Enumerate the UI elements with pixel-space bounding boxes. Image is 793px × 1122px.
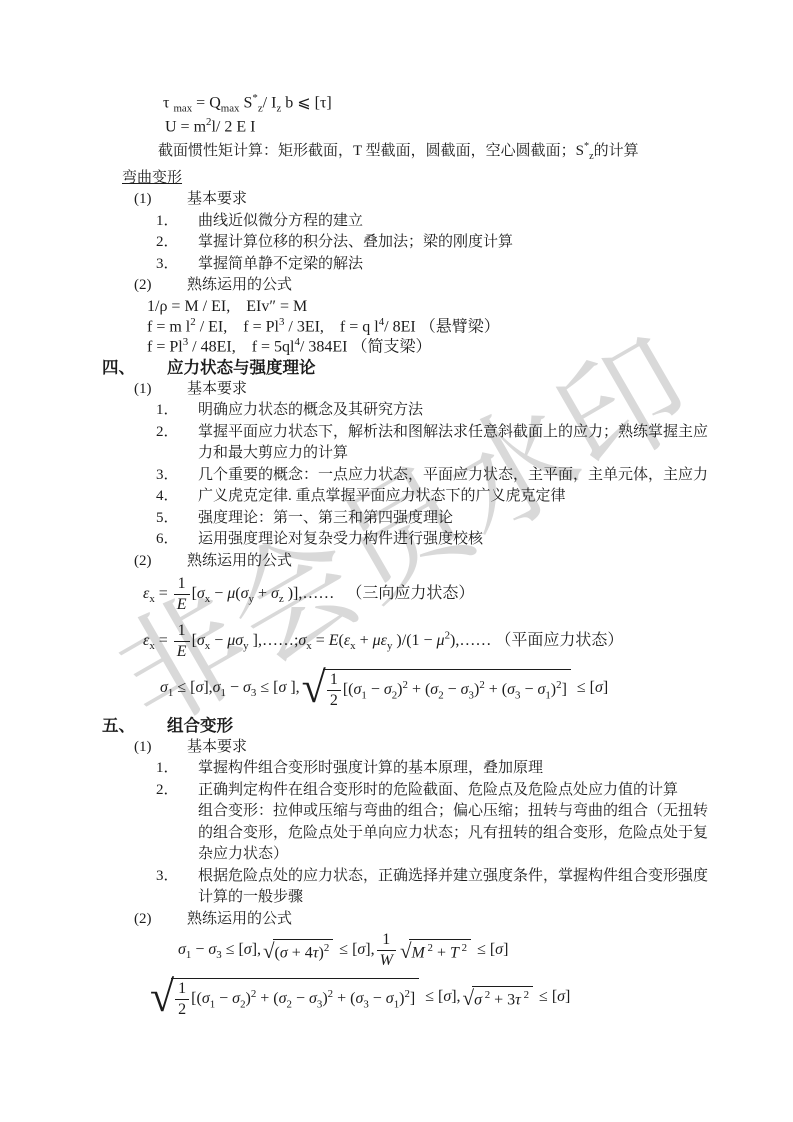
section-number: 四、 [102,357,167,379]
list-item-number: 2． [156,232,198,254]
list-item-text: 正确判定构件在组合变形时的危险截面、危险点及危险点处应力值的计算 [198,782,678,798]
list-item: 1．曲线近似微分方程的建立 [156,211,718,233]
subheading-label: (1) [134,189,187,211]
subheading-formulas: (2)熟练运用的公式 [134,909,793,931]
list-item: 6．运用强度理论对复杂受力构件进行强度校核 [156,529,718,551]
list-item-text: 曲线近似微分方程的建立 [198,213,363,229]
subheading-basic-requirements: (1)基本要求 [134,737,793,759]
formula-curvature: 1/ρ = M / EI, EIv″ = M [147,297,793,316]
list-item-text: 强度理论：第一、第三和第四强度理论 [198,510,453,526]
list-item-number: 1． [156,400,198,422]
subheading-basic-requirements: (1)基本要求 [134,189,793,211]
subheading-formulas: (2)熟练运用的公式 [134,551,793,573]
list-item-text: 掌握计算位移的积分法、叠加法；梁的刚度计算 [198,234,513,250]
subheading-title: 基本要求 [187,191,247,207]
list-item-number: 6． [156,529,198,551]
list-item-number: 2． [156,780,198,802]
subheading-label: (1) [134,737,187,759]
section-heading-combined-deformation: 五、组合变形 [102,715,793,737]
section-heading-stress-state: 四、应力状态与强度理论 [102,357,793,379]
heading-bending-deformation: 弯曲变形 [122,168,793,190]
list-item-text: 广义虎克定律. 重点掌握平面应力状态下的广义虎克定律 [198,488,566,504]
list-item: 2．掌握计算位移的积分法、叠加法；梁的刚度计算 [156,232,718,254]
list-item-text: 掌握平面应力状态下，解析法和图解法求任意斜截面上的应力；熟练掌握主应力和最大剪应… [198,424,708,462]
subheading-title: 基本要求 [187,381,247,397]
formula-max-shear-stress: τ max = Qmax S*z/ Iz b ⩽ [τ] [163,92,793,116]
formula-hooke-3d: εx = 1E[σx − μ(σy + σz )],…… （三向应力状态） [143,576,793,613]
list-item-number: 3． [156,465,198,487]
section-title: 应力状态与强度理论 [167,358,316,377]
document-page: 非会员水印 τ max = Qmax S*z/ Iz b ⩽ [τ] U = m… [0,0,793,1122]
subheading-title: 熟练运用的公式 [187,277,292,293]
formula-strain-energy: U = m2l/ 2 E I [165,116,793,137]
list-item-text: 明确应力状态的概念及其研究方法 [198,402,423,418]
list-item-number: 4． [156,486,198,508]
list-item-number: 3． [156,866,198,888]
list-item: 5．强度理论：第一、第三和第四强度理论 [156,508,718,530]
subheading-label: (1) [134,379,187,401]
section-number: 五、 [102,715,167,737]
formula-combined-strength-2: √12[(σ1 − σ2)2 + (σ2 − σ3)2 + (σ3 − σ1)2… [148,977,793,1017]
formula-simple-beam-deflection: f = Pl3 / 48EI, f = 5ql4/ 384EI （简支梁） [147,336,793,357]
subheading-label: (2) [134,551,187,573]
list-item: 2．掌握平面应力状态下，解析法和图解法求任意斜截面上的应力；熟练掌握主应力和最大… [156,422,718,465]
formula-strength-theories: σ1 ≤ [σ],σ1 − σ3 ≤ [σ ],√12[(σ1 − σ2)2 +… [160,668,793,708]
subheading-title: 熟练运用的公式 [187,911,292,927]
section-title: 组合变形 [167,716,233,735]
list-item-number: 2． [156,422,198,444]
list-item: 1．掌握构件组合变形时强度计算的基本原理，叠加原理 [156,758,718,780]
list-item-text: 运用强度理论对复杂受力构件进行强度校核 [198,531,483,547]
list-item-continuation: 组合变形：拉伸或压缩与弯曲的组合；偏心压缩；扭转与弯曲的组合（无扭转的组合变形，… [198,801,718,866]
list-item: 3．几个重要的概念：一点应力状态，平面应力状态，主平面，主单元体，主应力 [156,465,718,487]
list-item-text: 根据危险点处的应力状态，正确选择并建立强度条件，掌握构件组合变形强度计算的一般步… [198,868,708,906]
list-item: 1．明确应力状态的概念及其研究方法 [156,400,718,422]
subheading-label: (2) [134,909,187,931]
subheading-title: 熟练运用的公式 [187,553,292,569]
subheading-formulas: (2)熟练运用的公式 [134,275,793,297]
subheading-title: 基本要求 [187,739,247,755]
list-item-number: 5． [156,508,198,530]
list-item: 4．广义虎克定律. 重点掌握平面应力状态下的广义虎克定律 [156,486,718,508]
list-item-number: 1． [156,758,198,780]
formula-combined-strength-1: σ1 − σ3 ≤ [σ],√(σ + 4τ)2 ≤ [σ],1W√M 2 + … [178,932,793,969]
list-item: 3．掌握简单静不定梁的解法 [156,254,718,276]
list-item: 2．正确判定构件在组合变形时的危险截面、危险点及危险点处应力值的计算 [156,780,718,802]
list-item-number: 3． [156,254,198,276]
document-content: τ max = Qmax S*z/ Iz b ⩽ [τ] U = m2l/ 2 … [0,92,793,1018]
subheading-basic-requirements: (1)基本要求 [134,379,793,401]
list-item-text: 几个重要的概念：一点应力状态，平面应力状态，主平面，主单元体，主应力 [198,467,708,483]
formula-cantilever-deflection: f = m l2 / EI, f = Pl3 / 3EI, f = q l4/ … [147,316,793,337]
list-item-text: 掌握构件组合变形时强度计算的基本原理，叠加原理 [198,760,543,776]
list-item-number: 1． [156,211,198,233]
formula-hooke-plane: εx = 1E[σx − μσy ],……;σx = E(εx + μεy )/… [143,623,793,660]
paragraph-moment-of-inertia: 截面惯性矩计算：矩形截面，T 型截面，圆截面，空心圆截面；S*z的计算 [158,136,793,168]
subheading-label: (2) [134,275,187,297]
list-item: 3．根据危险点处的应力状态，正确选择并建立强度条件，掌握构件组合变形强度计算的一… [156,866,718,909]
list-item-text: 掌握简单静不定梁的解法 [198,256,363,272]
